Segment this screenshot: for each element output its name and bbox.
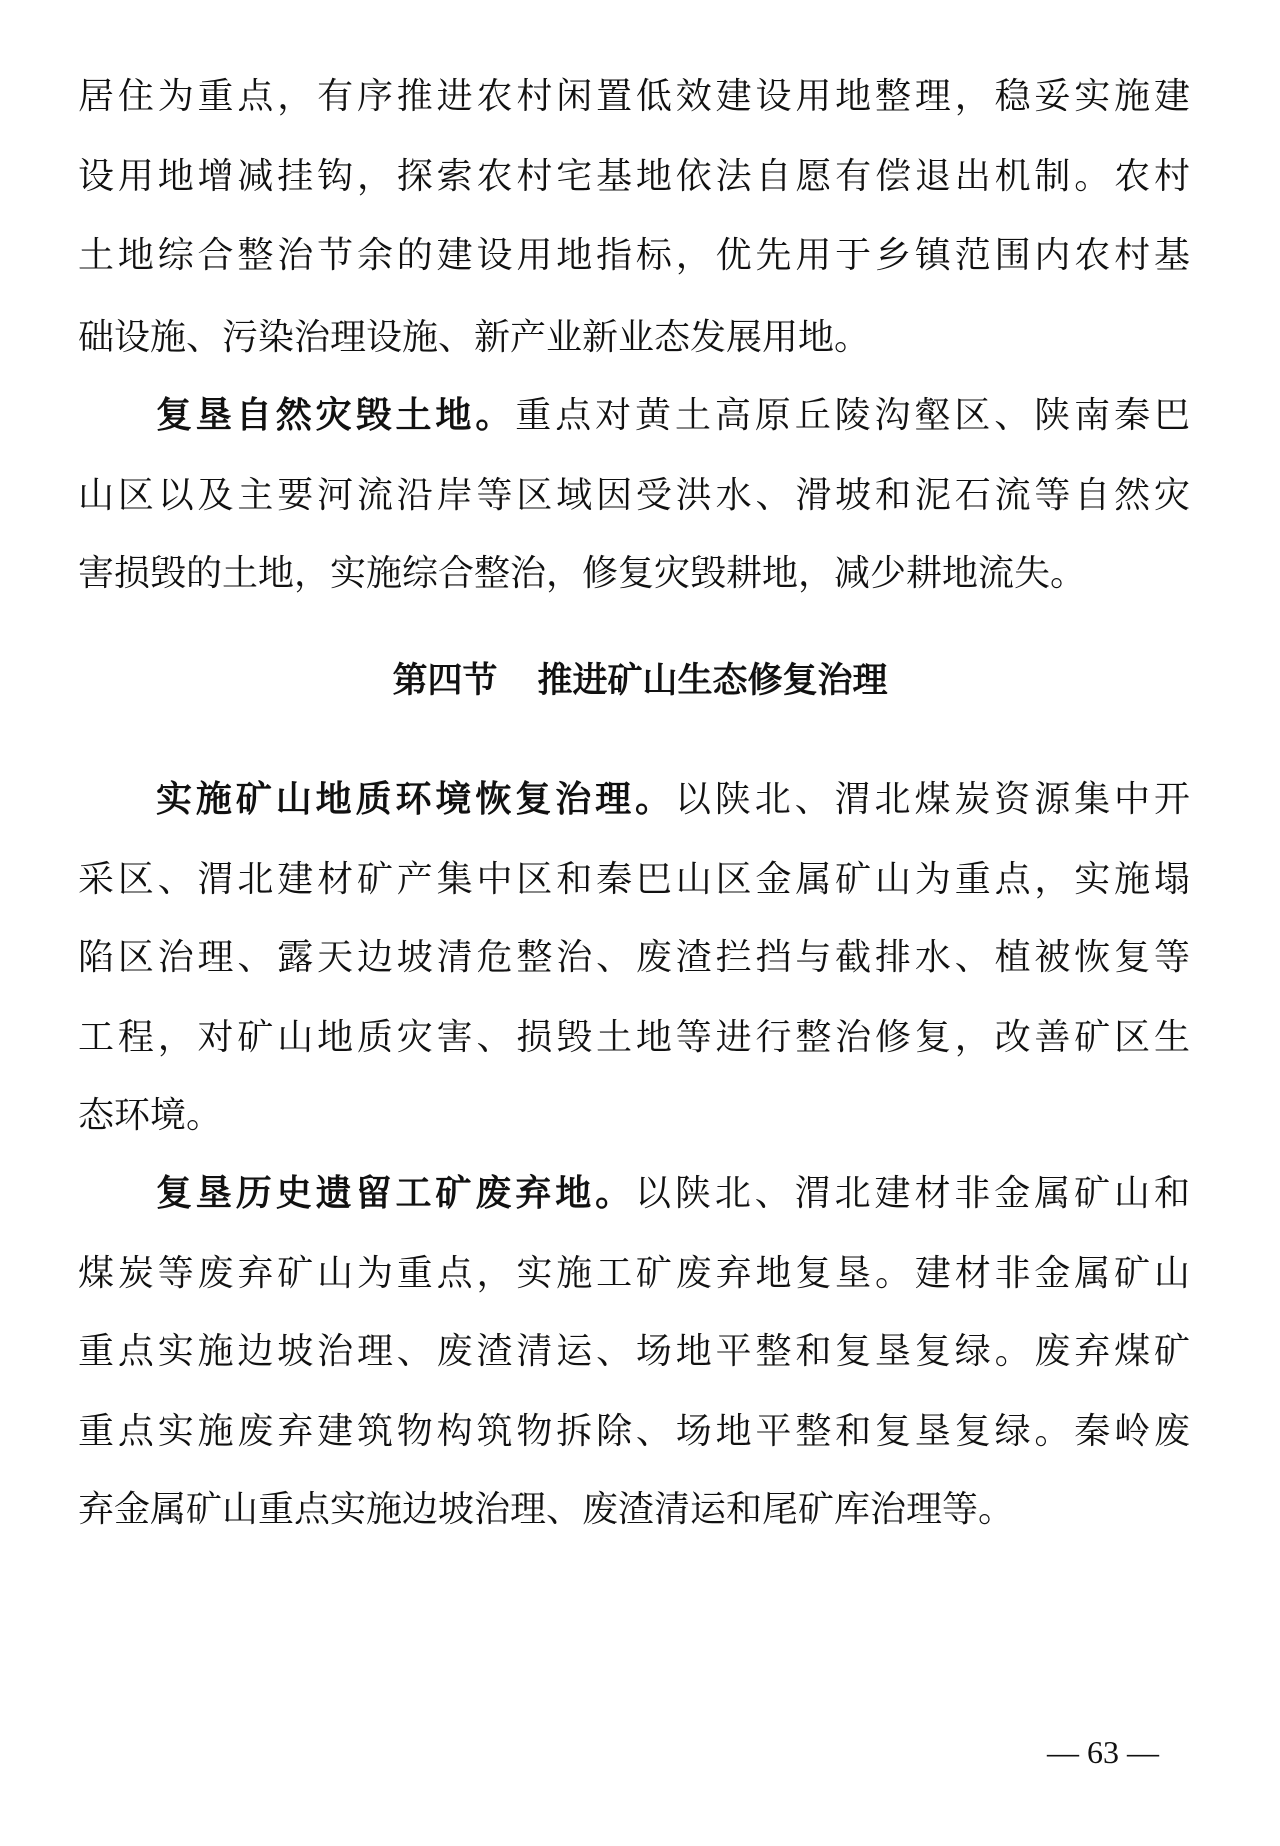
paragraph-lead-title: 复垦自然灾毁土地。 <box>156 395 515 436</box>
text-line: 山区以及主要河流沿岸等区域因受洪水、滑坡和泥石流等自然灾 <box>78 474 1190 518</box>
paragraph-lead-title: 实施矿山地质环境恢复治理。 <box>156 779 675 820</box>
paragraph-text: 以陕北、渭北建材非金属矿山和 <box>635 1173 1190 1214</box>
text-line: 工程，对矿山地质灾害、损毁土地等进行整治修复，改善矿区生 <box>78 1016 1190 1060</box>
document-page: 居住为重点，有序推进农村闲置低效建设用地整理，稳妥实施建 设用地增减挂钩，探索农… <box>0 0 1280 1846</box>
text-line: 煤炭等废弃矿山为重点，实施工矿废弃地复垦。建材非金属矿山 <box>78 1252 1190 1296</box>
paragraph-text: 重点对黄土高原丘陵沟壑区、陕南秦巴 <box>515 395 1190 436</box>
text-line: 重点实施废弃建筑物构筑物拆除、场地平整和复垦复绿。秦岭废 <box>78 1410 1190 1454</box>
section-heading: 第四节推进矿山生态修复治理 <box>0 658 1280 704</box>
text-line: 重点实施边坡治理、废渣清运、场地平整和复垦复绿。废弃煤矿 <box>78 1330 1190 1374</box>
text-line: 设用地增减挂钩，探索农村宅基地依法自愿有偿退出机制。农村 <box>78 155 1190 199</box>
text-line: 居住为重点，有序推进农村闲置低效建设用地整理，稳妥实施建 <box>78 75 1190 119</box>
section-number: 第四节 <box>392 661 497 701</box>
text-line: 害损毁的土地，实施综合整治，修复灾毁耕地，减少耕地流失。 <box>78 552 1190 596</box>
text-line: 陷区治理、露天边坡清危整治、废渣拦挡与截排水、植被恢复等 <box>78 936 1190 980</box>
section-title: 推进矿山生态修复治理 <box>538 661 888 701</box>
text-line: 复垦历史遗留工矿废弃地。以陕北、渭北建材非金属矿山和 <box>156 1172 1190 1216</box>
paragraph-lead-title: 复垦历史遗留工矿废弃地。 <box>156 1173 635 1214</box>
paragraph-text: 以陕北、渭北煤炭资源集中开 <box>675 779 1190 820</box>
text-line: 态环境。 <box>78 1094 1190 1138</box>
text-line: 弃金属矿山重点实施边坡治理、废渣清运和尾矿库治理等。 <box>78 1488 1190 1532</box>
text-line: 采区、渭北建材矿产集中区和秦巴山区金属矿山为重点，实施塌 <box>78 858 1190 902</box>
page-number: — 63 — <box>1047 1734 1159 1770</box>
text-line: 土地综合整治节余的建设用地指标，优先用于乡镇范围内农村基 <box>78 234 1190 278</box>
text-line: 础设施、污染治理设施、新产业新业态发展用地。 <box>78 316 1190 360</box>
text-line: 实施矿山地质环境恢复治理。以陕北、渭北煤炭资源集中开 <box>156 778 1190 822</box>
text-line: 复垦自然灾毁土地。重点对黄土高原丘陵沟壑区、陕南秦巴 <box>156 394 1190 438</box>
